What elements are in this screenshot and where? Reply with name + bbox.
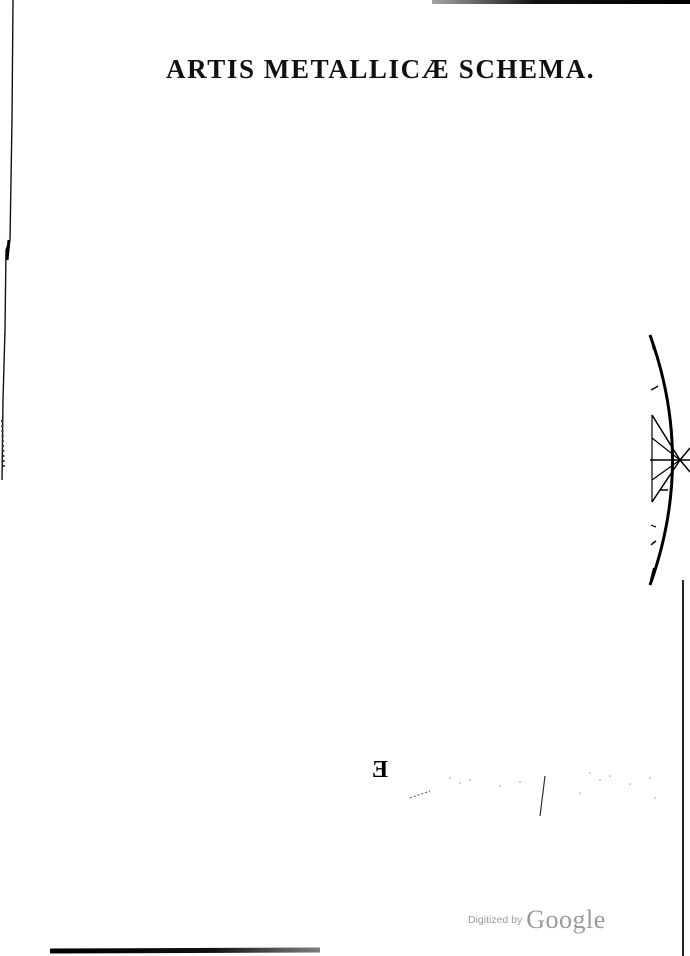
compass-diagram-icon [640,330,690,590]
bleed-through-marks [400,758,670,818]
scanned-page: ARTIS METALLICÆ SCHEMA. E Digitized by G [0,0,690,956]
bottom-border-rule [50,948,320,954]
right-page-edge [682,580,684,956]
page-title: ARTIS METALLICÆ SCHEMA. [166,54,626,85]
digitized-watermark: Digitized by Google [468,905,606,935]
top-border-rule [432,0,690,4]
bleed-through-letter: E [372,758,388,782]
left-page-edge [0,0,16,480]
watermark-brand: Google [526,905,606,934]
watermark-prefix: Digitized by [468,914,522,926]
